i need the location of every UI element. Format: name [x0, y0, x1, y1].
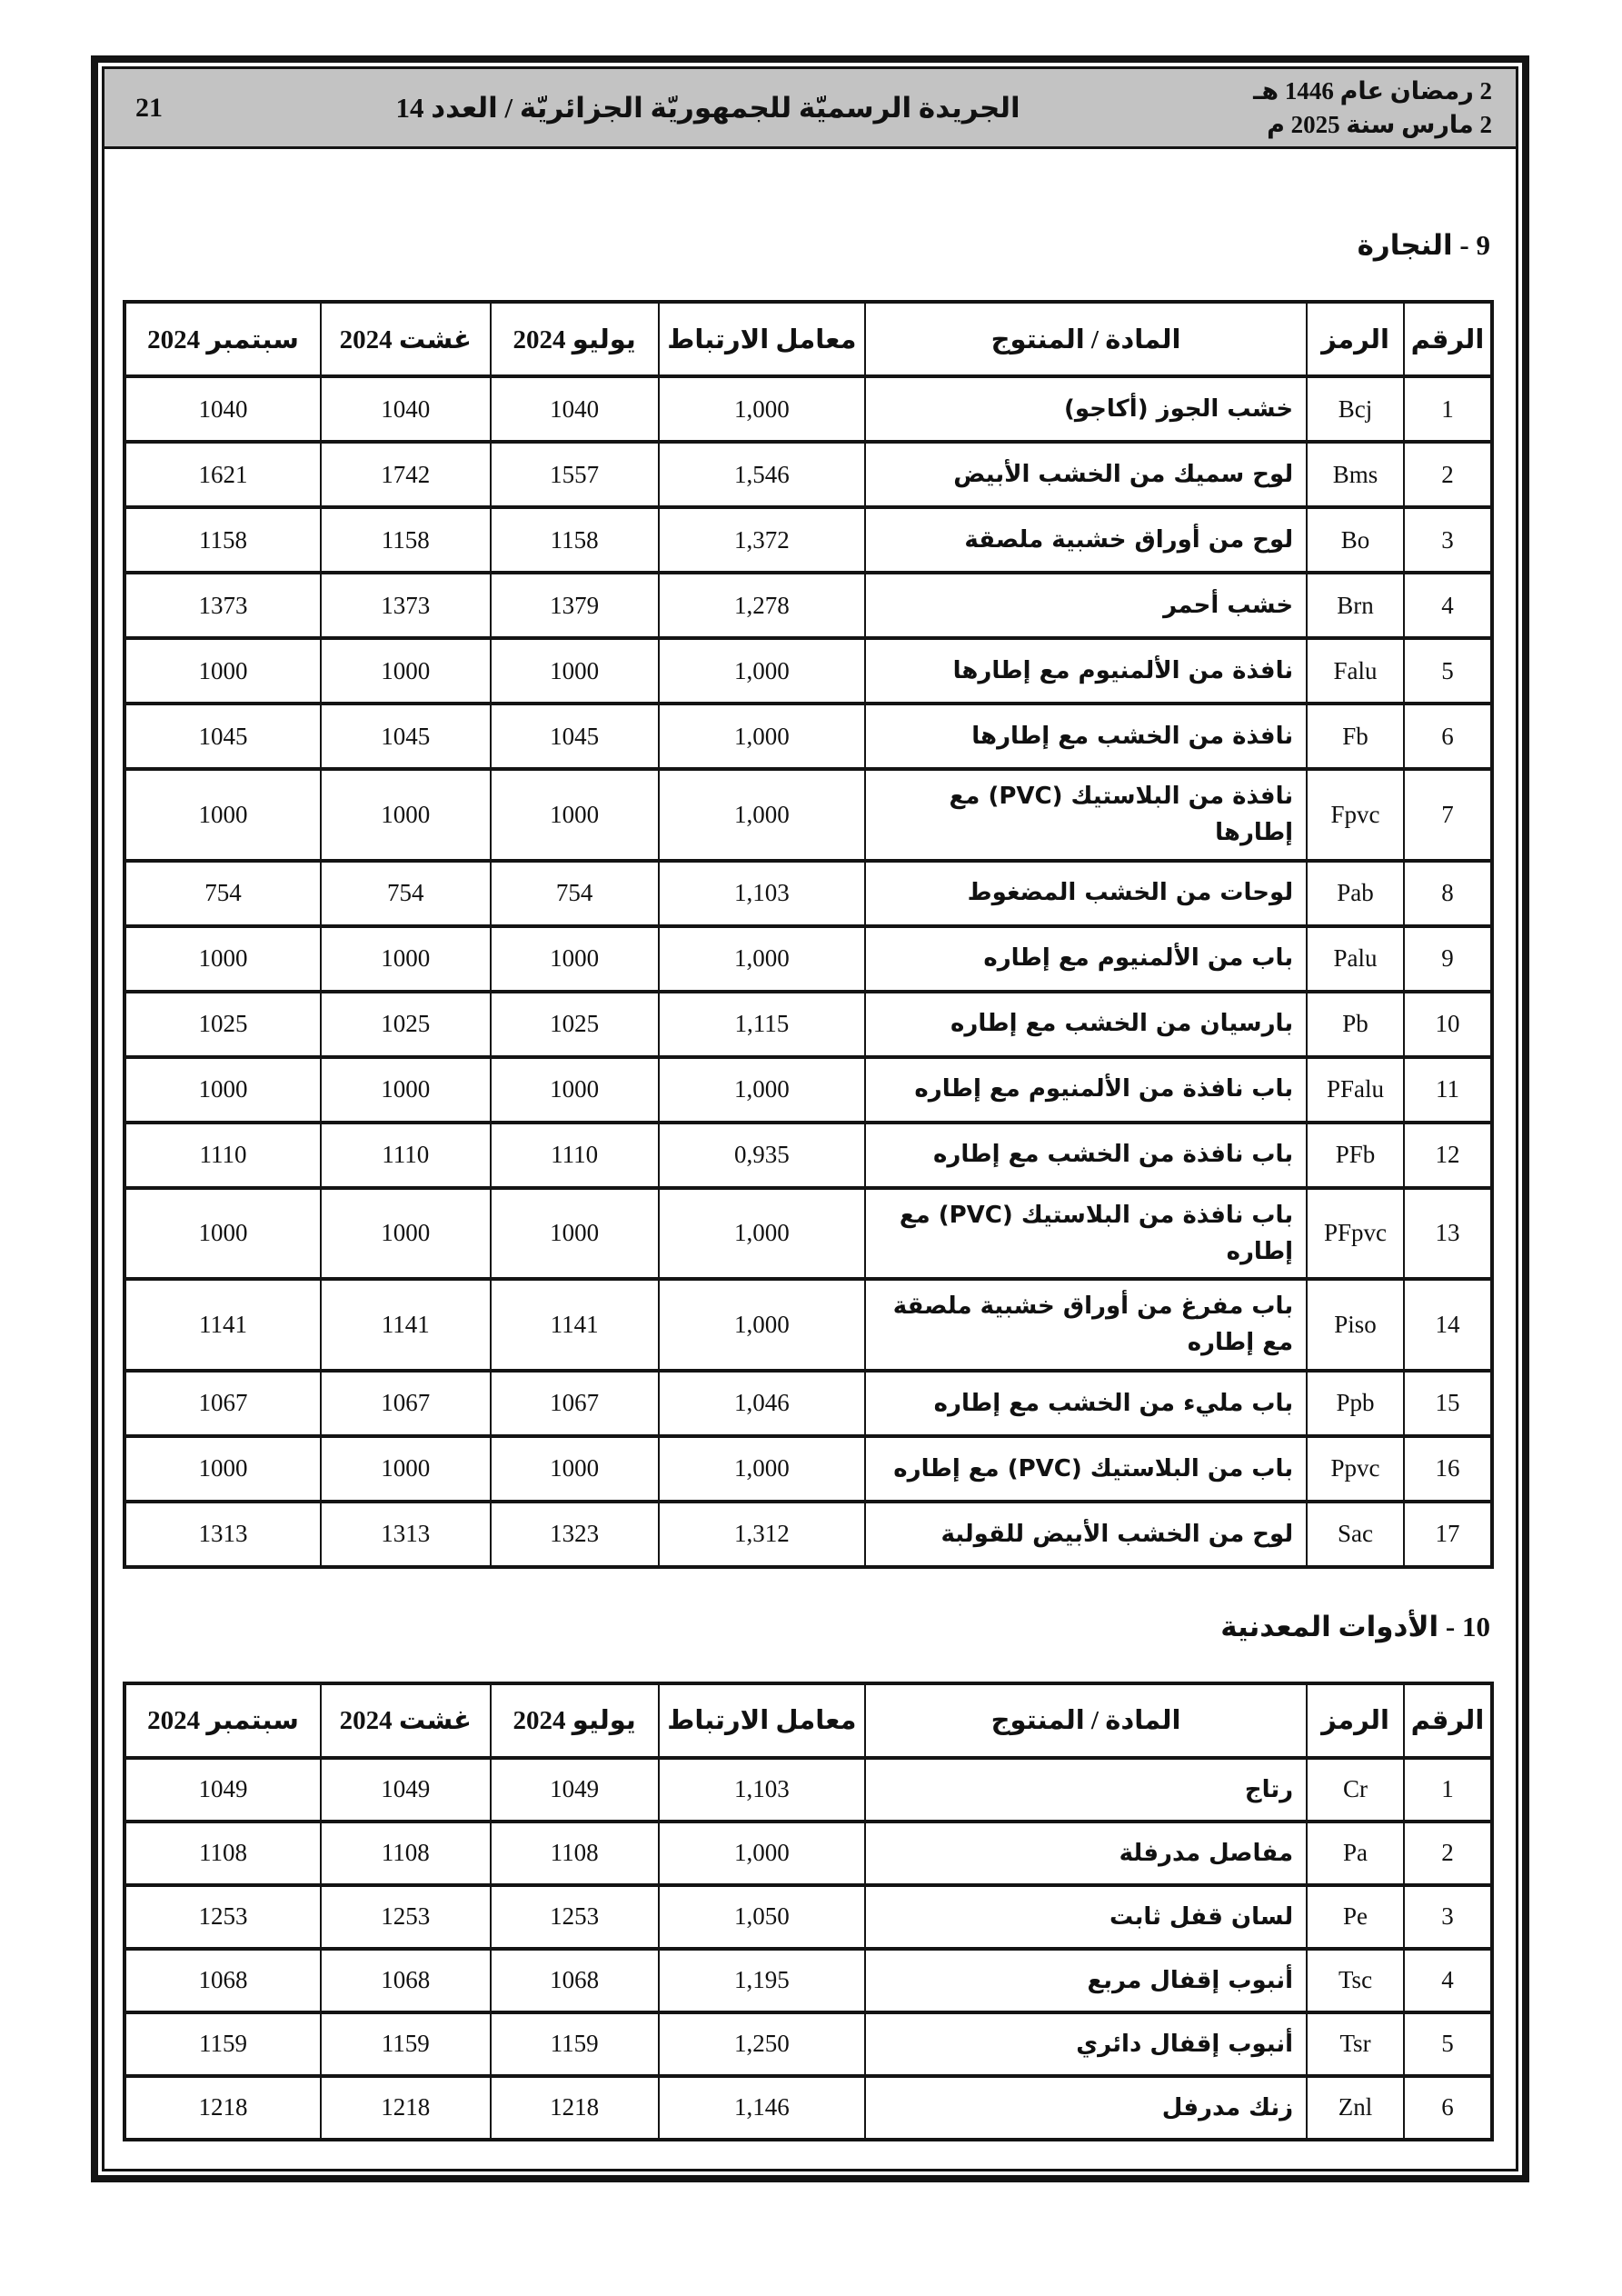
product-name-cell: نافذة من الخشب مع إطارها [865, 704, 1307, 769]
correlation-coefficient-cell: 1,046 [659, 1371, 865, 1436]
product-name-cell: باب نافذة من الألمنيوم مع إطاره [865, 1057, 1307, 1123]
value-september-2024-cell: 1000 [124, 769, 321, 861]
value-september-2024-cell: 1141 [124, 1279, 321, 1371]
product-name-cell: زنك مدرفل [865, 2076, 1307, 2140]
value-september-2024-cell: 1373 [124, 573, 321, 638]
product-code-cell: Piso [1307, 1279, 1404, 1371]
table-row: 3Peلسان قفل ثابت1,050125312531253 [124, 1885, 1492, 1949]
value-july-2024-cell: 1068 [491, 1949, 659, 2012]
value-july-2024-cell: 1159 [491, 2012, 659, 2076]
table-row: 1Crرتاج1,103104910491049 [124, 1758, 1492, 1822]
value-july-2024-cell: 1218 [491, 2076, 659, 2140]
table-row: 9Paluباب من الألمنيوم مع إطاره1,00010001… [124, 926, 1492, 992]
column-header-3: معامل الارتباط [659, 302, 865, 376]
value-august-2024-cell: 1000 [321, 1188, 491, 1280]
row-number-cell: 6 [1404, 2076, 1492, 2140]
product-name-cell: باب نافذة من البلاستيك (PVC) مع إطاره [865, 1188, 1307, 1280]
value-august-2024-cell: 1000 [321, 1436, 491, 1502]
value-july-2024-cell: 1110 [491, 1123, 659, 1188]
row-number-cell: 17 [1404, 1502, 1492, 1567]
product-name-cell: بارسيان من الخشب مع إطاره [865, 992, 1307, 1057]
product-code-cell: Ppb [1307, 1371, 1404, 1436]
value-august-2024-cell: 1158 [321, 507, 491, 573]
column-header-6: سبتمبر 2024 [124, 302, 321, 376]
column-header-6: سبتمبر 2024 [124, 1683, 321, 1758]
row-number-cell: 7 [1404, 769, 1492, 861]
value-august-2024-cell: 1373 [321, 573, 491, 638]
table-row: 2Paمفاصل مدرفلة1,000110811081108 [124, 1822, 1492, 1885]
date-hijri: 2 رمضان عام 1446 هـ [1253, 75, 1492, 107]
table-row: 17Sacلوح من الخشب الأبيض للقولبة1,312132… [124, 1502, 1492, 1567]
value-july-2024-cell: 1141 [491, 1279, 659, 1371]
correlation-coefficient-cell: 1,312 [659, 1502, 865, 1567]
product-name-cell: باب نافذة من الخشب مع إطاره [865, 1123, 1307, 1188]
row-number-cell: 5 [1404, 2012, 1492, 2076]
product-code-cell: Fb [1307, 704, 1404, 769]
journal-title: الجريدة الرسميّة للجمهوريّة الجزائريّة /… [395, 92, 1020, 125]
correlation-coefficient-cell: 1,195 [659, 1949, 865, 2012]
product-name-cell: أنبوب إقفال مربع [865, 1949, 1307, 2012]
row-number-cell: 2 [1404, 1822, 1492, 1885]
product-code-cell: Bcj [1307, 376, 1404, 442]
value-september-2024-cell: 1110 [124, 1123, 321, 1188]
product-name-cell: لوحات من الخشب المضغوط [865, 861, 1307, 926]
row-number-cell: 4 [1404, 573, 1492, 638]
table-row: 5Tsrأنبوب إقفال دائري1,250115911591159 [124, 2012, 1492, 2076]
value-september-2024-cell: 1049 [124, 1758, 321, 1822]
row-number-cell: 2 [1404, 442, 1492, 507]
row-number-cell: 4 [1404, 1949, 1492, 2012]
table-row: 5Faluنافذة من الألمنيوم مع إطارها1,00010… [124, 638, 1492, 704]
value-september-2024-cell: 754 [124, 861, 321, 926]
correlation-coefficient-cell: 1,372 [659, 507, 865, 573]
value-july-2024-cell: 1067 [491, 1371, 659, 1436]
row-number-cell: 5 [1404, 638, 1492, 704]
value-september-2024-cell: 1000 [124, 638, 321, 704]
value-august-2024-cell: 1000 [321, 926, 491, 992]
correlation-coefficient-cell: 1,546 [659, 442, 865, 507]
column-header-2: المادة / المنتوج [865, 302, 1307, 376]
correlation-coefficient-cell: 1,103 [659, 1758, 865, 1822]
header-dates: 2 رمضان عام 1446 هـ 2 مارس سنة 2025 م [1253, 75, 1516, 141]
correlation-coefficient-cell: 1,000 [659, 1822, 865, 1885]
table-row: 7Fpvcنافذة من البلاستيك (PVC) مع إطارها1… [124, 769, 1492, 861]
value-september-2024-cell: 1159 [124, 2012, 321, 2076]
table-header-row: الرقمالرمزالمادة / المنتوجمعامل الارتباط… [124, 302, 1492, 376]
value-september-2024-cell: 1000 [124, 1057, 321, 1123]
value-july-2024-cell: 1000 [491, 638, 659, 704]
row-number-cell: 14 [1404, 1279, 1492, 1371]
value-july-2024-cell: 1108 [491, 1822, 659, 1885]
column-header-5: غشت 2024 [321, 1683, 491, 1758]
value-august-2024-cell: 1742 [321, 442, 491, 507]
value-august-2024-cell: 1000 [321, 638, 491, 704]
page-content: 9 - النجارة الرقمالرمزالمادة / المنتوجمع… [104, 149, 1516, 2169]
value-august-2024-cell: 1218 [321, 2076, 491, 2140]
value-september-2024-cell: 1253 [124, 1885, 321, 1949]
correlation-coefficient-cell: 1,000 [659, 926, 865, 992]
product-code-cell: Znl [1307, 2076, 1404, 2140]
value-august-2024-cell: 1000 [321, 1057, 491, 1123]
value-september-2024-cell: 1621 [124, 442, 321, 507]
row-number-cell: 9 [1404, 926, 1492, 992]
value-september-2024-cell: 1000 [124, 926, 321, 992]
table-row: 16Ppvcباب من البلاستيك (PVC) مع إطاره1,0… [124, 1436, 1492, 1502]
value-august-2024-cell: 1313 [321, 1502, 491, 1567]
product-code-cell: Palu [1307, 926, 1404, 992]
table-row: 4Tscأنبوب إقفال مربع1,195106810681068 [124, 1949, 1492, 2012]
correlation-coefficient-cell: 1,000 [659, 769, 865, 861]
value-august-2024-cell: 1040 [321, 376, 491, 442]
value-september-2024-cell: 1068 [124, 1949, 321, 2012]
correlation-coefficient-cell: 1,000 [659, 1057, 865, 1123]
column-header-5: غشت 2024 [321, 302, 491, 376]
product-code-cell: Falu [1307, 638, 1404, 704]
product-name-cell: لسان قفل ثابت [865, 1885, 1307, 1949]
correlation-coefficient-cell: 1,103 [659, 861, 865, 926]
column-header-4: يوليو 2024 [491, 302, 659, 376]
product-name-cell: لوح من الخشب الأبيض للقولبة [865, 1502, 1307, 1567]
correlation-coefficient-cell: 1,000 [659, 704, 865, 769]
row-number-cell: 13 [1404, 1188, 1492, 1280]
table-row: 13PFpvcباب نافذة من البلاستيك (PVC) مع إ… [124, 1188, 1492, 1280]
product-name-cell: خشب أحمر [865, 573, 1307, 638]
product-name-cell: لوح سميك من الخشب الأبيض [865, 442, 1307, 507]
page-frame: 2 رمضان عام 1446 هـ 2 مارس سنة 2025 م ال… [91, 55, 1529, 2182]
section-title-carpentry: 9 - النجارة [123, 229, 1490, 262]
value-september-2024-cell: 1158 [124, 507, 321, 573]
product-name-cell: رتاج [865, 1758, 1307, 1822]
table-row: 4Brnخشب أحمر1,278137913731373 [124, 573, 1492, 638]
product-code-cell: Sac [1307, 1502, 1404, 1567]
value-july-2024-cell: 1253 [491, 1885, 659, 1949]
value-september-2024-cell: 1067 [124, 1371, 321, 1436]
column-header-1: الرمز [1307, 1683, 1404, 1758]
row-number-cell: 11 [1404, 1057, 1492, 1123]
value-august-2024-cell: 1067 [321, 1371, 491, 1436]
value-september-2024-cell: 1045 [124, 704, 321, 769]
value-july-2024-cell: 1000 [491, 1436, 659, 1502]
correlation-coefficient-cell: 1,000 [659, 376, 865, 442]
row-number-cell: 15 [1404, 1371, 1492, 1436]
row-number-cell: 1 [1404, 376, 1492, 442]
value-july-2024-cell: 1000 [491, 769, 659, 861]
product-name-cell: باب مفرغ من أوراق خشبية ملصقة مع إطاره [865, 1279, 1307, 1371]
product-code-cell: Tsc [1307, 1949, 1404, 2012]
table-row: 10Pbبارسيان من الخشب مع إطاره1,115102510… [124, 992, 1492, 1057]
correlation-coefficient-cell: 1,250 [659, 2012, 865, 2076]
column-header-1: الرمز [1307, 302, 1404, 376]
product-code-cell: Pab [1307, 861, 1404, 926]
product-code-cell: Bo [1307, 507, 1404, 573]
page-frame-inner: 2 رمضان عام 1446 هـ 2 مارس سنة 2025 م ال… [102, 66, 1518, 2171]
value-august-2024-cell: 1025 [321, 992, 491, 1057]
row-number-cell: 12 [1404, 1123, 1492, 1188]
product-code-cell: Pe [1307, 1885, 1404, 1949]
product-name-cell: باب مليء من الخشب مع إطاره [865, 1371, 1307, 1436]
product-name-cell: نافذة من الألمنيوم مع إطارها [865, 638, 1307, 704]
row-number-cell: 10 [1404, 992, 1492, 1057]
value-july-2024-cell: 1049 [491, 1758, 659, 1822]
header-band: 2 رمضان عام 1446 هـ 2 مارس سنة 2025 م ال… [104, 69, 1516, 149]
value-july-2024-cell: 1045 [491, 704, 659, 769]
row-number-cell: 16 [1404, 1436, 1492, 1502]
table-row: 6Znlزنك مدرفل1,146121812181218 [124, 2076, 1492, 2140]
table-row: 6Fbنافذة من الخشب مع إطارها1,00010451045… [124, 704, 1492, 769]
value-july-2024-cell: 1000 [491, 1057, 659, 1123]
correlation-coefficient-cell: 0,935 [659, 1123, 865, 1188]
row-number-cell: 6 [1404, 704, 1492, 769]
column-header-4: يوليو 2024 [491, 1683, 659, 1758]
product-code-cell: PFb [1307, 1123, 1404, 1188]
value-july-2024-cell: 754 [491, 861, 659, 926]
metal-tools-price-table: الرقمالرمزالمادة / المنتوجمعامل الارتباط… [123, 1682, 1494, 2141]
column-header-0: الرقم [1404, 1683, 1492, 1758]
section-title-metal-tools: 10 - الأدوات المعدنية [123, 1611, 1490, 1643]
value-august-2024-cell: 1141 [321, 1279, 491, 1371]
value-august-2024-cell: 1000 [321, 769, 491, 861]
table-row: 3Boلوح من أوراق خشبية ملصقة1,37211581158… [124, 507, 1492, 573]
value-july-2024-cell: 1557 [491, 442, 659, 507]
column-header-0: الرقم [1404, 302, 1492, 376]
value-july-2024-cell: 1000 [491, 926, 659, 992]
table-row: 2Bmsلوح سميك من الخشب الأبيض1,5461557174… [124, 442, 1492, 507]
row-number-cell: 3 [1404, 1885, 1492, 1949]
value-july-2024-cell: 1000 [491, 1188, 659, 1280]
value-september-2024-cell: 1000 [124, 1436, 321, 1502]
value-august-2024-cell: 1108 [321, 1822, 491, 1885]
product-code-cell: Bms [1307, 442, 1404, 507]
value-july-2024-cell: 1379 [491, 573, 659, 638]
table-row: 14Pisoباب مفرغ من أوراق خشبية ملصقة مع إ… [124, 1279, 1492, 1371]
value-september-2024-cell: 1108 [124, 1822, 321, 1885]
product-name-cell: لوح من أوراق خشبية ملصقة [865, 507, 1307, 573]
correlation-coefficient-cell: 1,115 [659, 992, 865, 1057]
product-code-cell: PFalu [1307, 1057, 1404, 1123]
value-september-2024-cell: 1000 [124, 1188, 321, 1280]
value-august-2024-cell: 1068 [321, 1949, 491, 2012]
value-july-2024-cell: 1040 [491, 376, 659, 442]
correlation-coefficient-cell: 1,000 [659, 638, 865, 704]
product-code-cell: PFpvc [1307, 1188, 1404, 1280]
row-number-cell: 1 [1404, 1758, 1492, 1822]
page-number: 21 [104, 93, 163, 124]
product-name-cell: باب من الألمنيوم مع إطاره [865, 926, 1307, 992]
value-august-2024-cell: 1159 [321, 2012, 491, 2076]
product-code-cell: Tsr [1307, 2012, 1404, 2076]
value-august-2024-cell: 1110 [321, 1123, 491, 1188]
row-number-cell: 8 [1404, 861, 1492, 926]
correlation-coefficient-cell: 1,000 [659, 1188, 865, 1280]
correlation-coefficient-cell: 1,000 [659, 1436, 865, 1502]
correlation-coefficient-cell: 1,000 [659, 1279, 865, 1371]
correlation-coefficient-cell: 1,278 [659, 573, 865, 638]
column-header-3: معامل الارتباط [659, 1683, 865, 1758]
value-august-2024-cell: 1049 [321, 1758, 491, 1822]
product-name-cell: باب من البلاستيك (PVC) مع إطاره [865, 1436, 1307, 1502]
product-name-cell: أنبوب إقفال دائري [865, 2012, 1307, 2076]
product-code-cell: Pa [1307, 1822, 1404, 1885]
carpentry-price-table: الرقمالرمزالمادة / المنتوجمعامل الارتباط… [123, 300, 1494, 1569]
column-header-2: المادة / المنتوج [865, 1683, 1307, 1758]
date-gregorian: 2 مارس سنة 2025 م [1253, 108, 1492, 141]
value-september-2024-cell: 1218 [124, 2076, 321, 2140]
value-september-2024-cell: 1040 [124, 376, 321, 442]
value-august-2024-cell: 1253 [321, 1885, 491, 1949]
table-row: 11PFaluباب نافذة من الألمنيوم مع إطاره1,… [124, 1057, 1492, 1123]
product-code-cell: Ppvc [1307, 1436, 1404, 1502]
product-name-cell: مفاصل مدرفلة [865, 1822, 1307, 1885]
value-july-2024-cell: 1158 [491, 507, 659, 573]
table-row: 15Ppbباب مليء من الخشب مع إطاره1,0461067… [124, 1371, 1492, 1436]
product-code-cell: Pb [1307, 992, 1404, 1057]
product-code-cell: Brn [1307, 573, 1404, 638]
product-code-cell: Fpvc [1307, 769, 1404, 861]
table-row: 12PFbباب نافذة من الخشب مع إطاره0,935111… [124, 1123, 1492, 1188]
value-july-2024-cell: 1025 [491, 992, 659, 1057]
correlation-coefficient-cell: 1,146 [659, 2076, 865, 2140]
value-july-2024-cell: 1323 [491, 1502, 659, 1567]
journal-page: 2 رمضان عام 1446 هـ 2 مارس سنة 2025 م ال… [0, 0, 1622, 2296]
table-row: 8Pabلوحات من الخشب المضغوط1,103754754754 [124, 861, 1492, 926]
product-name-cell: نافذة من البلاستيك (PVC) مع إطارها [865, 769, 1307, 861]
value-september-2024-cell: 1025 [124, 992, 321, 1057]
table-header-row: الرقمالرمزالمادة / المنتوجمعامل الارتباط… [124, 1683, 1492, 1758]
value-august-2024-cell: 754 [321, 861, 491, 926]
value-august-2024-cell: 1045 [321, 704, 491, 769]
value-september-2024-cell: 1313 [124, 1502, 321, 1567]
table-row: 1Bcjخشب الجوز (أكاجو)1,000104010401040 [124, 376, 1492, 442]
product-code-cell: Cr [1307, 1758, 1404, 1822]
correlation-coefficient-cell: 1,050 [659, 1885, 865, 1949]
row-number-cell: 3 [1404, 507, 1492, 573]
product-name-cell: خشب الجوز (أكاجو) [865, 376, 1307, 442]
